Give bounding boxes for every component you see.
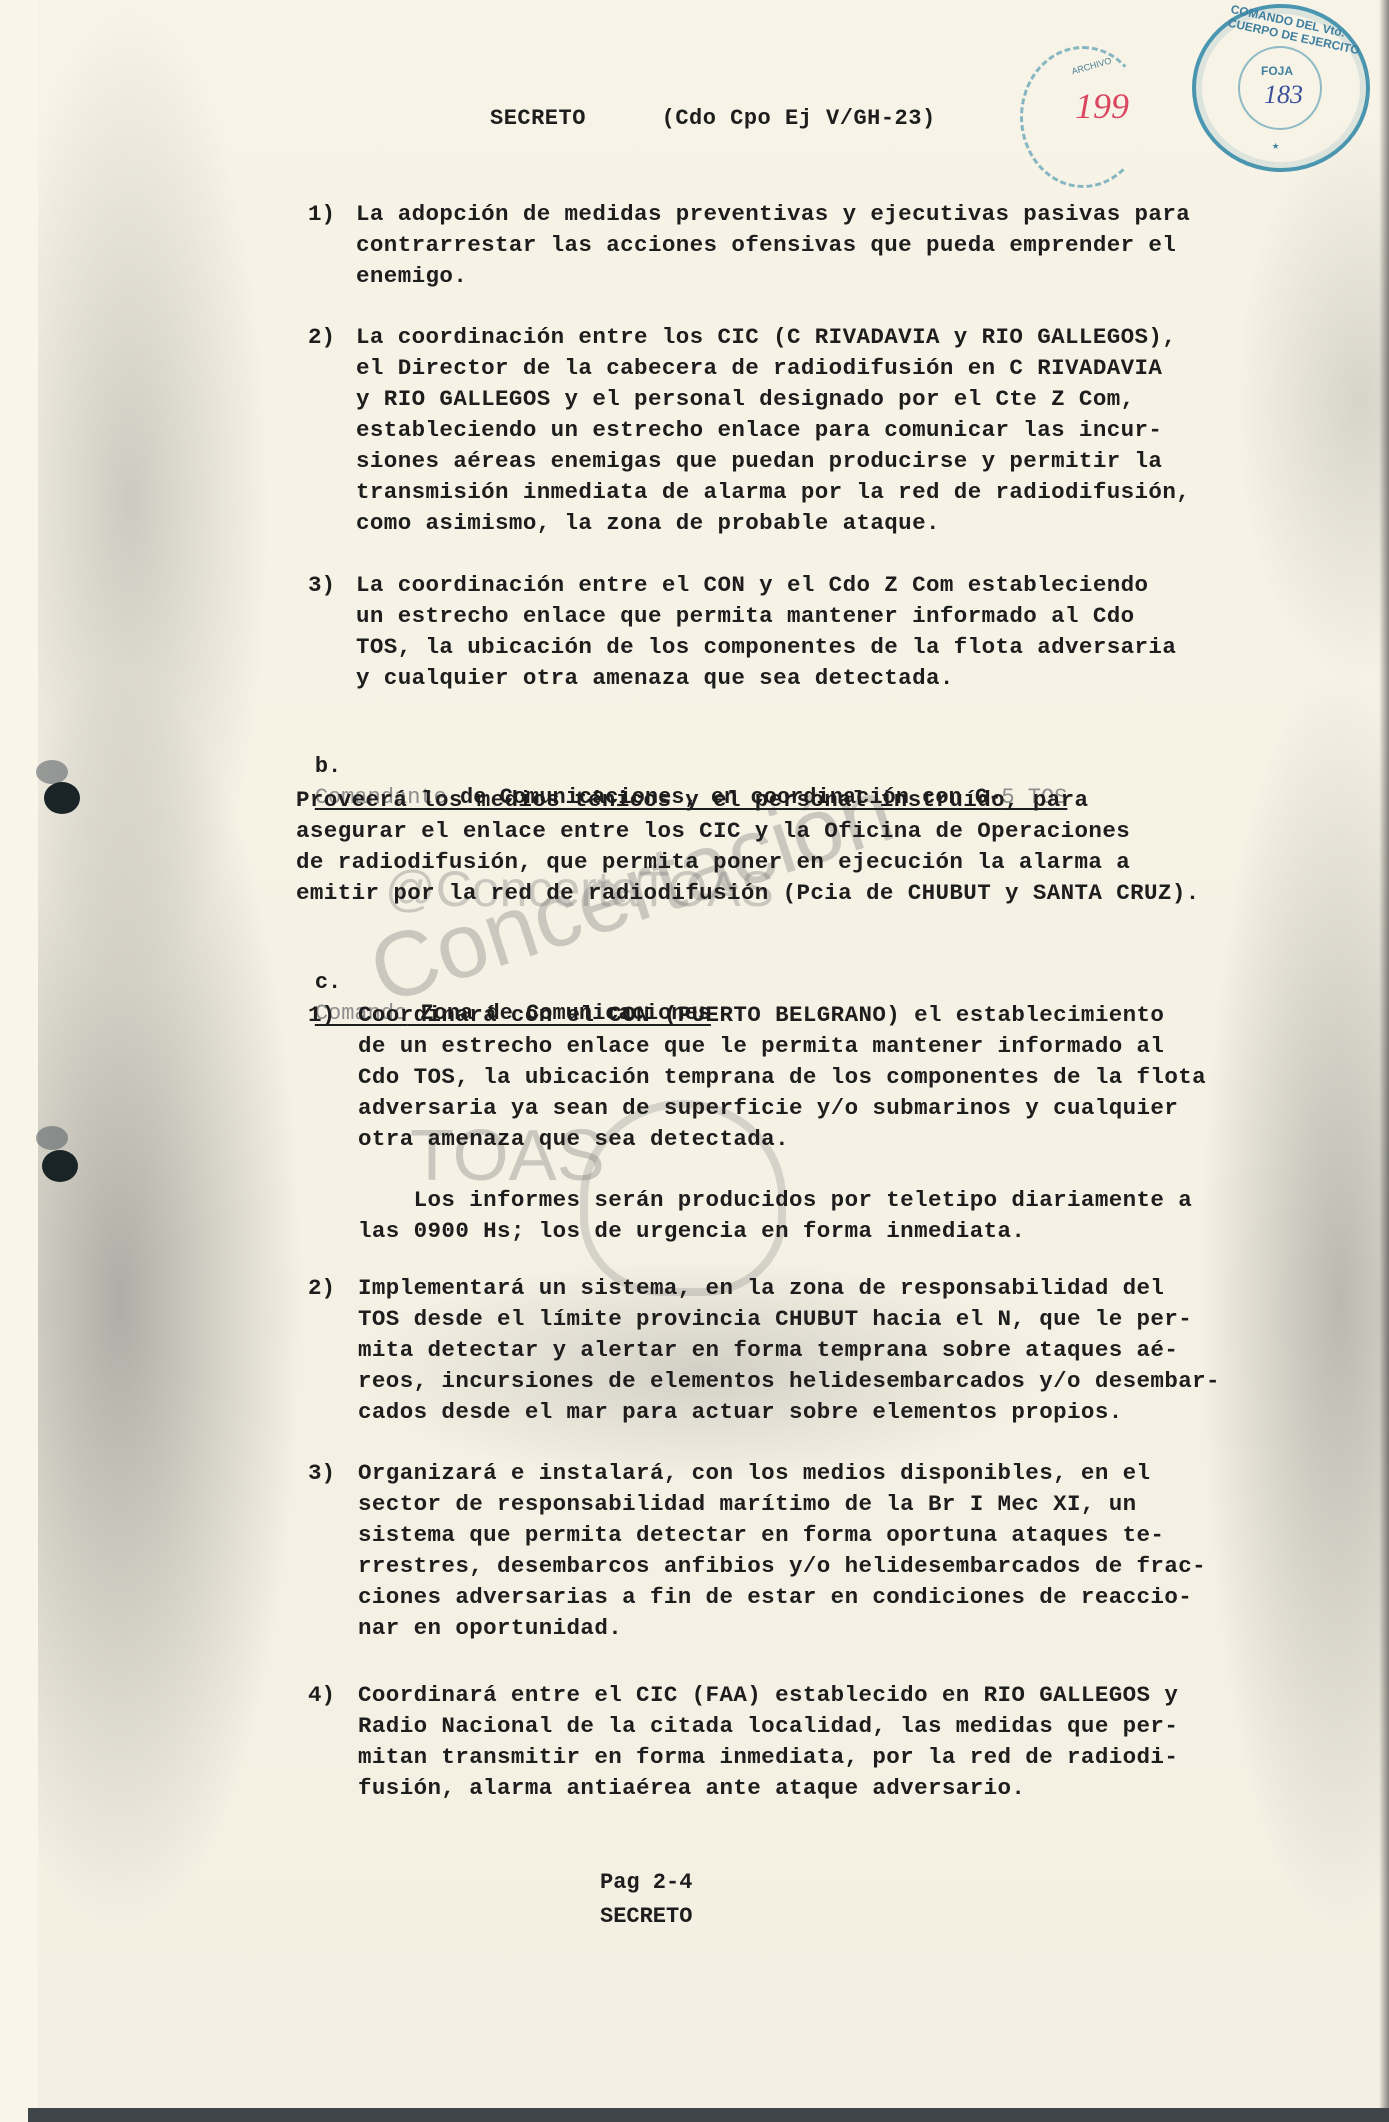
section-a-item-2-number: 2) — [308, 322, 335, 353]
foja-stamp: COMANDO DEL Vto. CUERPO DE EJERCITO FOJA… — [1192, 4, 1370, 172]
left-margin-strip — [0, 0, 38, 2122]
page-number: Pag 2-4 — [600, 1866, 692, 1900]
classification-footer: SECRETO — [600, 1900, 692, 1934]
classification-header: SECRETO — [490, 106, 586, 131]
punch-hole-shadow — [36, 1126, 68, 1150]
section-c-item-1-number: 1) — [308, 1000, 335, 1031]
punch-hole — [42, 1150, 78, 1182]
page-footer: Pag 2-4 SECRETO — [600, 1866, 692, 1934]
section-c-letter: c. — [315, 970, 341, 995]
foja-label: FOJA — [1261, 64, 1293, 78]
foja-number: 183 — [1264, 80, 1303, 110]
right-edge-shadow — [1379, 0, 1389, 2122]
section-a-item-1-text: La adopción de medidas preventivas y eje… — [356, 199, 1190, 292]
document-header: SECRETO (Cdo Cpo Ej V/GH-23) — [490, 106, 936, 131]
section-c-item-1-subparagraph: Los informes serán producidos por teleti… — [358, 1185, 1192, 1247]
punch-hole-shadow — [36, 760, 68, 784]
star-icon: ★ — [1272, 138, 1279, 153]
section-c-item-1-text: Coordinará con el CON (PUERTO BELGRANO) … — [358, 1000, 1206, 1155]
section-c-item-2-text: Implementará un sistema, en la zona de r… — [358, 1273, 1220, 1428]
section-c-item-4-number: 4) — [308, 1680, 335, 1711]
handwritten-folio-number: 199 — [1075, 85, 1129, 127]
section-b-letter: b. — [315, 754, 341, 779]
section-a-item-3-number: 3) — [308, 570, 335, 601]
section-c-item-3-number: 3) — [308, 1458, 335, 1489]
section-b-body: Proveerá los medios ténicos y el persona… — [296, 785, 1200, 909]
archive-stamp-text: ARCHIVO — [1070, 56, 1112, 77]
document-reference: (Cdo Cpo Ej V/GH-23) — [662, 106, 936, 131]
section-a-item-1-number: 1) — [308, 199, 335, 230]
archive-stamp: ARCHIVO 199 — [1020, 46, 1146, 188]
punch-hole — [44, 782, 80, 814]
section-a-item-2-text: La coordinación entre los CIC (C RIVADAV… — [356, 322, 1190, 539]
bottom-edge-bar — [28, 2108, 1389, 2122]
scanned-page: @ConcertaTOAS Concertación TOAS ARCHIVO … — [0, 0, 1389, 2122]
section-c-item-3-text: Organizará e instalará, con los medios d… — [358, 1458, 1206, 1644]
section-a-item-3-text: La coordinación entre el CON y el Cdo Z … — [356, 570, 1176, 694]
section-c-item-2-number: 2) — [308, 1273, 335, 1304]
section-c-item-4-text: Coordinará entre el CIC (FAA) establecid… — [358, 1680, 1178, 1804]
